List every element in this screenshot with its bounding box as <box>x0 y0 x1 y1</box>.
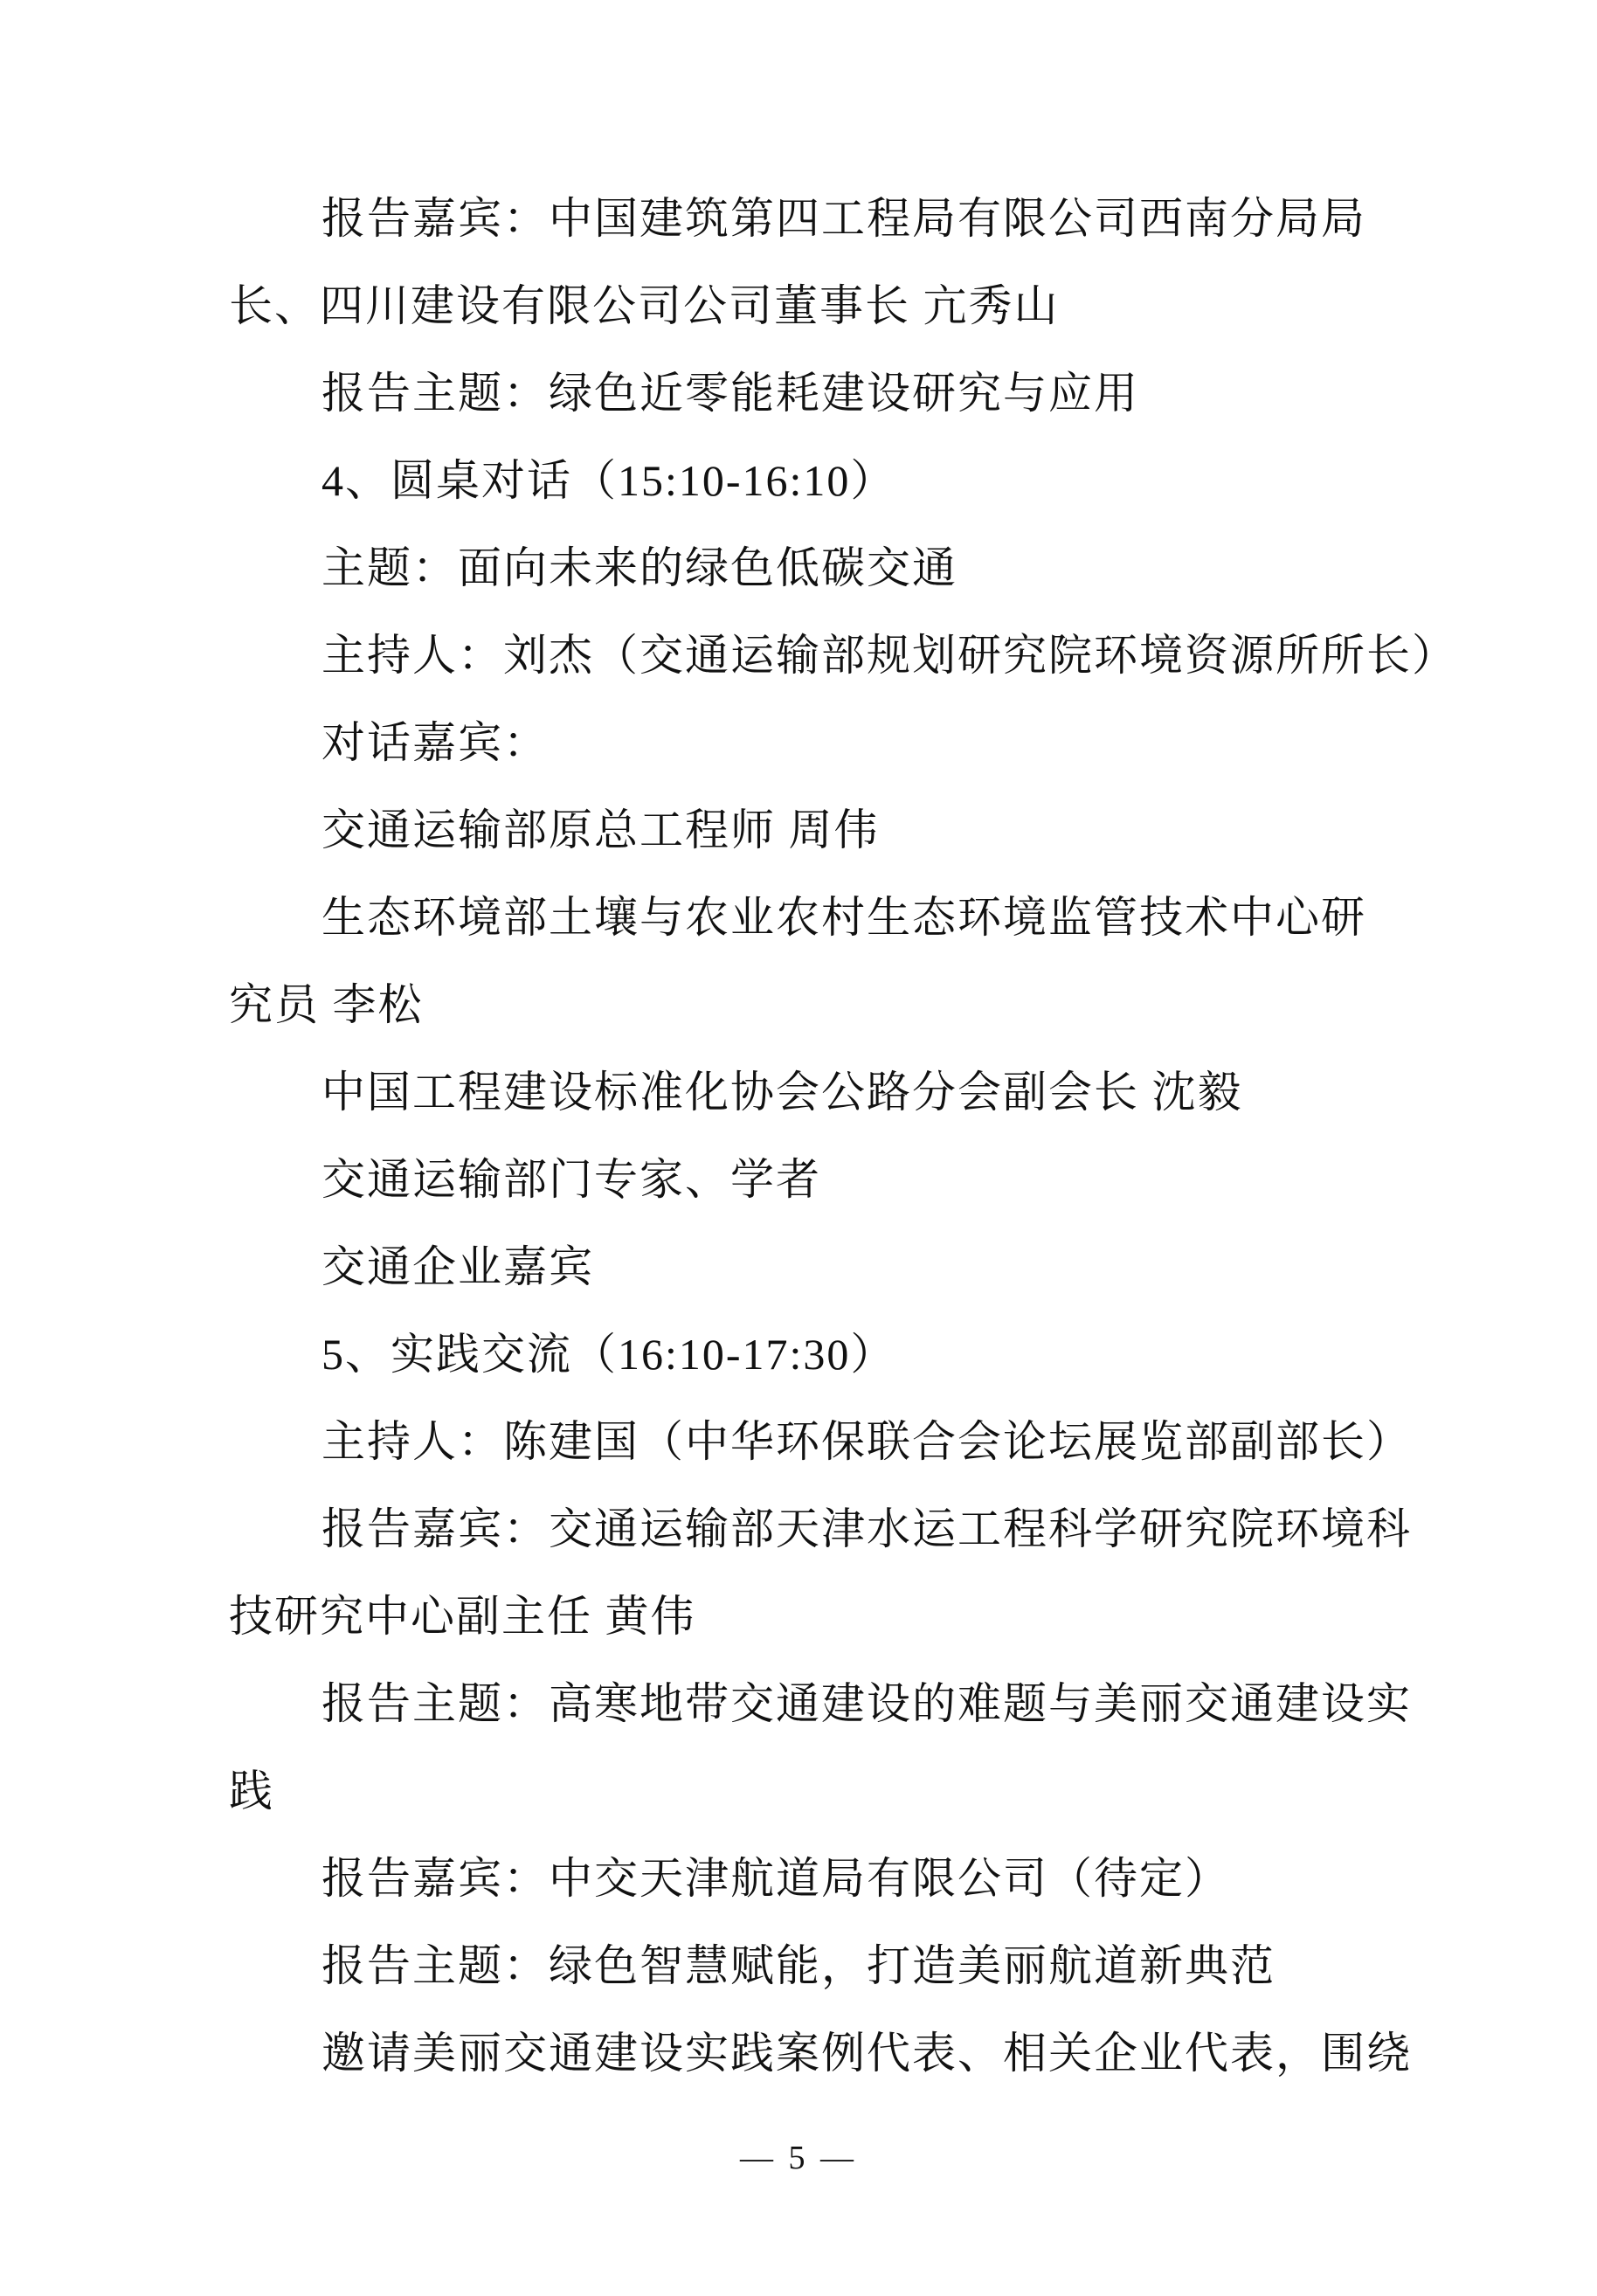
text-line: 技研究中心副主任 黄伟 <box>229 1592 1391 1679</box>
text-line: 报告嘉宾：中国建筑第四工程局有限公司西南分局局 <box>229 194 1391 281</box>
text-line: 5、实践交流（16:10-17:30） <box>229 1330 1391 1417</box>
text-line: 交通运输部门专家、学者 <box>229 1155 1391 1242</box>
text-line: 究员 李松 <box>229 980 1391 1068</box>
document-page: 报告嘉宾：中国建筑第四工程局有限公司西南分局局 长、四川建设有限公司公司董事长 … <box>0 0 1597 2296</box>
document-body: 报告嘉宾：中国建筑第四工程局有限公司西南分局局 长、四川建设有限公司公司董事长 … <box>229 194 1391 2116</box>
text-line: 4、圆桌对话（15:10-16:10） <box>229 456 1391 543</box>
text-line: 主题：面向未来的绿色低碳交通 <box>229 543 1391 631</box>
text-line: 报告嘉宾：交通运输部天津水运工程科学研究院环境科 <box>229 1504 1391 1592</box>
text-line: 践 <box>229 1767 1391 1854</box>
text-line: 生态环境部土壤与农业农村生态环境监管技术中心研 <box>229 893 1391 980</box>
text-line: 交通企业嘉宾 <box>229 1242 1391 1330</box>
text-line: 主持人：刘杰（交通运输部规划研究院环境资源所所长） <box>229 631 1391 718</box>
text-line: 中国工程建设标准化协会公路分会副会长 沈毅 <box>229 1068 1391 1155</box>
text-line: 邀请美丽交通建设实践案例代表、相关企业代表，围绕 <box>229 2029 1391 2116</box>
text-line: 报告主题：绿色智慧赋能，打造美丽航道新典范 <box>229 1941 1391 2029</box>
text-line: 报告主题：高寒地带交通建设的难题与美丽交通建设实 <box>229 1679 1391 1767</box>
text-line: 对话嘉宾： <box>229 718 1391 806</box>
page-number: — 5 — <box>0 2139 1597 2177</box>
text-line: 长、四川建设有限公司公司董事长 亢秀山 <box>229 281 1391 369</box>
text-line: 报告嘉宾：中交天津航道局有限公司（待定） <box>229 1854 1391 1941</box>
text-line: 报告主题：绿色近零能耗建设研究与应用 <box>229 369 1391 456</box>
text-line: 主持人：陈建国（中华环保联合会论坛展览部副部长） <box>229 1417 1391 1504</box>
text-line: 交通运输部原总工程师 周伟 <box>229 806 1391 893</box>
